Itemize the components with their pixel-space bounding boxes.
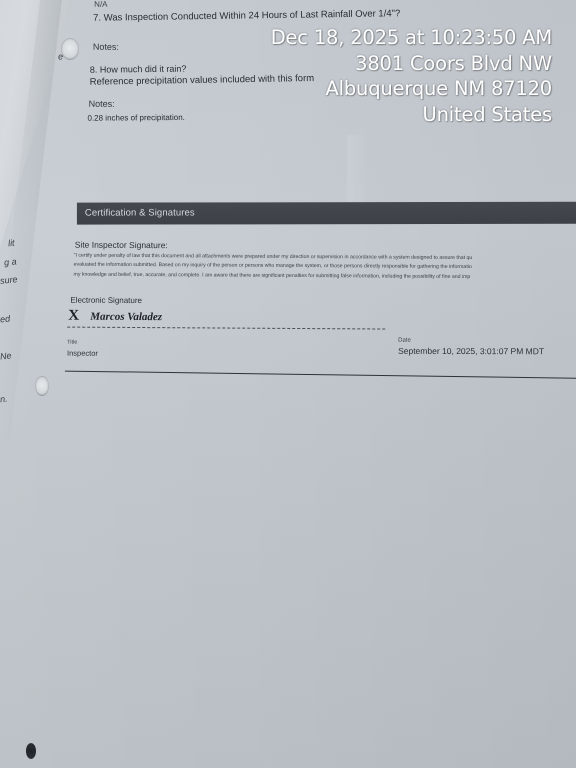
previous-page-fragment: n. [0,394,8,405]
question-7: 7. Was Inspection Conducted Within 24 Ho… [93,8,400,24]
legal-line: my knowledge and belief, true, accurate,… [74,270,576,282]
signature-line [67,327,385,330]
previous-page-fragment: lit [7,238,15,249]
q7-notes-label: Notes: [93,42,119,52]
overlay-datetime: Dec 18, 2025 at 10:23:50 AM [271,25,552,51]
binder-hole-icon [26,743,36,759]
photo-timestamp-overlay: Dec 18, 2025 at 10:23:50 AM 3801 Coors B… [271,25,552,127]
previous-page-fragment: sure [0,274,18,286]
date-value: September 10, 2025, 3:01:07 PM MDT [398,346,544,356]
q8-notes-value: 0.28 inches of precipitation. [87,113,184,123]
question-8: 8. How much did it rain? [90,64,187,75]
previous-page-fragment: g a [4,256,17,267]
title-label: Title [67,340,77,346]
overlay-address-line1: 3801 Coors Blvd NW [271,51,552,77]
section-title: Certification & Signatures [85,207,195,218]
q8-notes-label: Notes: [89,99,115,109]
previous-page-fragment: ed [0,314,11,325]
site-inspector-signature-label: Site Inspector Signature: [75,240,168,251]
section-divider [65,371,576,379]
title-value: Inspector [67,349,98,358]
electronic-signature-label: Electronic Signature [70,296,142,305]
binder-hole-icon [35,376,49,396]
q6-answer: N/A [94,0,107,9]
signature-x-mark: X [68,308,79,325]
certification-section-header: Certification & Signatures [77,202,576,225]
certification-statement: "I certify under penalty of law that thi… [74,252,576,283]
date-label: Date [398,338,411,344]
signer-name: Marcos Valadez [90,311,162,323]
previous-page-fragment: Ne [0,350,12,361]
binder-hole-icon [61,38,79,60]
overlay-country: United States [271,102,552,128]
overlay-address-line2: Albuquerque NM 87120 [271,76,552,102]
